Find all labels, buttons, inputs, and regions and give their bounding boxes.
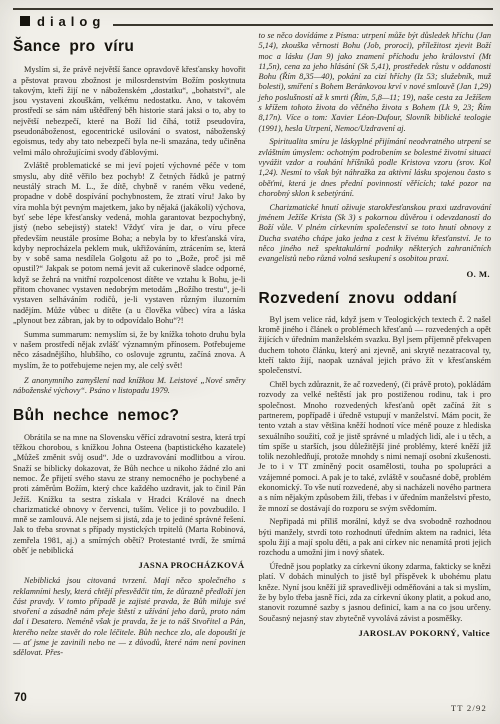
paragraph: Chtěl bych zdůraznit, že ač rozvedený, (… bbox=[259, 380, 492, 514]
masthead-bottom-rule bbox=[113, 24, 493, 26]
author-signature: JAROSLAV POKORNÝ, Valtice bbox=[259, 628, 491, 638]
paragraph: Zvláště problematické se mi jeví pojetí … bbox=[13, 161, 246, 326]
paragraph: Myslím si, že právě největší šance oprav… bbox=[13, 65, 246, 158]
article-attribution: Z anonymního zamyšlení nad knížkou M. Le… bbox=[13, 376, 246, 397]
paragraph: Obrátila se na mne na Slovensku věřící z… bbox=[13, 433, 246, 557]
left-column: Šance pro víru Myslím si, že právě nejvě… bbox=[13, 31, 246, 662]
page-number: 70 bbox=[14, 692, 27, 704]
right-column: to se něco dovídáme z Písma: utrpení můž… bbox=[259, 31, 492, 662]
scanned-magazine-page: dialog Šance pro víru Myslím si, že práv… bbox=[0, 0, 500, 724]
masthead: dialog bbox=[0, 0, 500, 29]
editor-reply-paragraph: Nebiblická jsou citovaná tvrzení. Mají n… bbox=[13, 576, 246, 658]
section-marker-square-icon bbox=[20, 16, 30, 26]
section-label: dialog bbox=[37, 15, 105, 29]
issue-code: TT 2/92 bbox=[451, 703, 487, 713]
two-column-layout: Šance pro víru Myslím si, že právě nejvě… bbox=[0, 29, 500, 662]
article-title-rozvedeni-znovu-oddani: Rozvedení znovu oddaní bbox=[259, 291, 492, 307]
editor-reply-paragraph: Charizmatické hnutí oživuje starokřesťan… bbox=[259, 203, 492, 265]
editor-initials-signature: O. M. bbox=[259, 269, 491, 279]
editor-reply-paragraph-continued: to se něco dovídáme z Písma: utrpení můž… bbox=[259, 31, 492, 134]
paragraph: Byl jsem velice rád, když jsem v Teologi… bbox=[259, 315, 492, 377]
paragraph: Nepřipadá mi příliš morální, když se dva… bbox=[259, 517, 492, 558]
author-signature: JASNA PROCHÁZKOVÁ bbox=[13, 560, 245, 570]
editor-reply-paragraph: Spiritualita smíru je láskyplné přijímán… bbox=[259, 137, 492, 199]
paragraph: Úředně jsou poplatky za církevní úkony z… bbox=[259, 562, 492, 624]
masthead-top-rule bbox=[13, 8, 493, 10]
article-title-sance-pro-viru: Šance pro víru bbox=[13, 39, 246, 55]
paragraph: Summa summarum: nemyslím si, že by knížk… bbox=[13, 330, 246, 371]
article-title-buh-nechce-nemoc: Bůh nechce nemoc? bbox=[13, 408, 246, 424]
masthead-row: dialog bbox=[12, 15, 493, 29]
